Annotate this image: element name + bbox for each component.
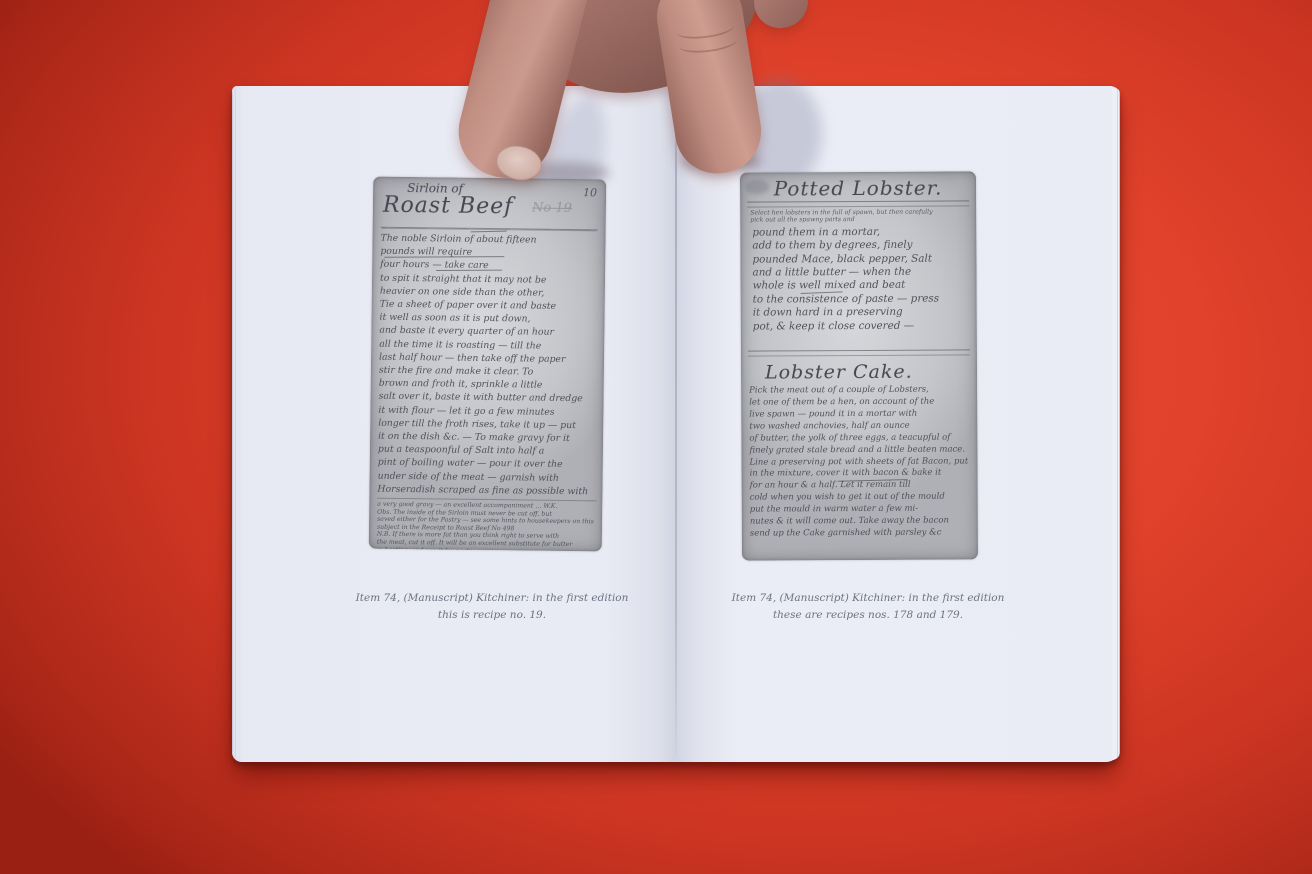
caption-right: Item 74, (Manuscript) Kitchiner: in the …: [718, 590, 1018, 624]
handwriting-line: pot, & keep it close covered —: [753, 319, 973, 334]
caption-left-line2: this is recipe no. 19.: [342, 607, 642, 624]
recipe-body-lobster-cake: Pick the meat out of a couple of Lobster…: [741, 382, 978, 540]
page-fore-edge-left: [232, 90, 239, 758]
handwriting-line: whole is well mixed and beat: [753, 279, 973, 294]
handwriting-line: add to them by degrees, finely: [752, 239, 972, 254]
handwriting-line: send up the Cake garnished with parsley …: [750, 527, 976, 540]
caption-left: Item 74, (Manuscript) Kitchiner: in the …: [342, 590, 642, 624]
page-fore-edge-right: [1112, 88, 1120, 760]
caption-right-line1: Item 74, (Manuscript) Kitchiner: in the …: [718, 590, 1018, 607]
manuscript-notes: a very good gravy — an excellent accompa…: [369, 500, 603, 552]
blank-space: [741, 332, 977, 349]
handwriting-line: and a little butter — when the: [752, 265, 972, 280]
handwriting-line: pound them in a mortar,: [752, 225, 972, 240]
handwriting-line: pounded Mace, black pepper, Salt: [752, 252, 972, 267]
handwriting-line: it down hard in a preserving: [753, 306, 973, 321]
manuscript-photo-roast-beef: 10 Sirloin of Roast Beef No 19 The noble…: [369, 177, 607, 552]
photograph-scene: 10 Sirloin of Roast Beef No 19 The noble…: [0, 0, 1312, 874]
caption-right-line2: these are recipes nos. 178 and 179.: [718, 607, 1018, 624]
knuckle: [747, 0, 816, 36]
recipe-title-lobster-cake: Lobster Cake.: [741, 356, 977, 383]
recipe-body-potted-lobster: pound them in a mortar,add to them by de…: [740, 223, 977, 333]
caption-left-line1: Item 74, (Manuscript) Kitchiner: in the …: [342, 590, 642, 607]
manuscript-body: The noble Sirloin of about fifteenpounds…: [369, 228, 605, 499]
interlined-correction: Select hen lobsters in the full of spawn…: [740, 207, 976, 224]
manuscript-photo-lobster: Potted Lobster. Select hen lobsters in t…: [740, 171, 978, 560]
handwriting-line: to the consistence of paste — press: [753, 292, 973, 307]
hand: [470, 0, 810, 205]
manuscript-rule: [748, 349, 970, 356]
handwriting-line: pick out all the spawny parts and: [750, 216, 972, 225]
handwriting-line: Horseradish scraped as fine as possible …: [377, 483, 596, 499]
